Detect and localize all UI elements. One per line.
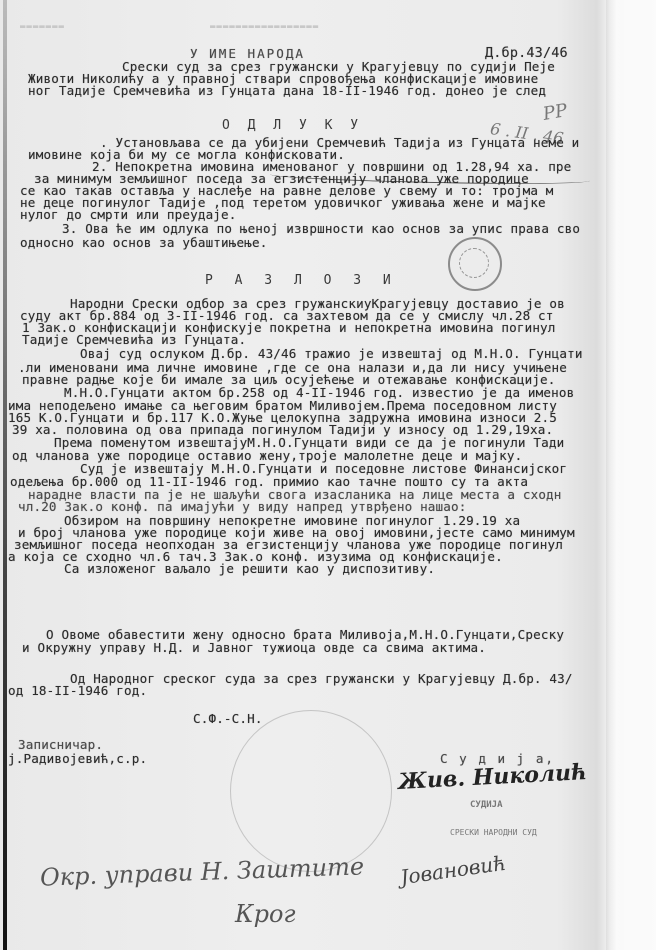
stamp-subtitle: СРЕСКИ НАРОДНИ СУД [450,828,537,838]
reasons-title: Р А З Л О З И [205,273,398,288]
bleed-through-text: ▬▬▬▬▬▬▬▬▬▬▬▬▬▬▬▬▬ [210,22,319,32]
reasons-line: Тадије Сремчевића из Гунцата. [22,333,246,346]
decision-line: 3. Ова ће им одлука по њеној извршности … [62,222,580,235]
decision-title: О Д Л У К У [222,118,363,133]
handwritten-note: Окр. управи Н. Заштите [40,852,365,891]
faint-stamp-text: СУДИЈА СРЕСКИ НАРОДНИ СУД [470,800,537,838]
faint-court-seal [230,710,392,872]
notice-line: и Окружну управу Н.Д. и Јавног тужиоца о… [22,641,486,654]
round-stamp [448,237,502,291]
handwritten-signature: Јовановић [399,851,508,890]
decision-line: односно као основ за убаштињење. [20,236,267,249]
intro-line: ног Тадије Сремчевића из Гунцата дана 18… [28,84,546,97]
stamp-title: СУДИЈА [470,800,537,810]
margin-annotation: РР [541,100,569,125]
decision-line: нулог до смрти или преудаје. [20,208,237,221]
reasons-line: Са изложеног ваљало је решити као у дисп… [64,562,435,575]
bleed-through-text: ▬▬▬▬▬▬▬ [20,22,65,32]
handwritten-note: Крог [235,900,296,928]
judge-signature: Жив. Николић [397,759,587,795]
reasons-line: Овај суд ослуком Д.бр. 43/46 тражио је и… [80,347,583,360]
page-left-edge-shadow [3,0,7,950]
recorder-name: ј.Радивојевић,с.р. [8,752,147,765]
closing-line: од 18-II-1946 год. [8,684,147,697]
page-right-fold [606,0,656,950]
recorder-label: Записничар. [18,738,103,751]
slogan: С.Ф.-С.Н. [193,712,263,725]
reasons-line: чл.20 Зак.о конф. па имајући у виду напр… [18,500,466,513]
scanned-document-page: ▬▬▬▬▬▬▬ ▬▬▬▬▬▬▬▬▬▬▬▬▬▬▬▬▬ У ИМЕ НАРОДА Д… [0,0,656,950]
